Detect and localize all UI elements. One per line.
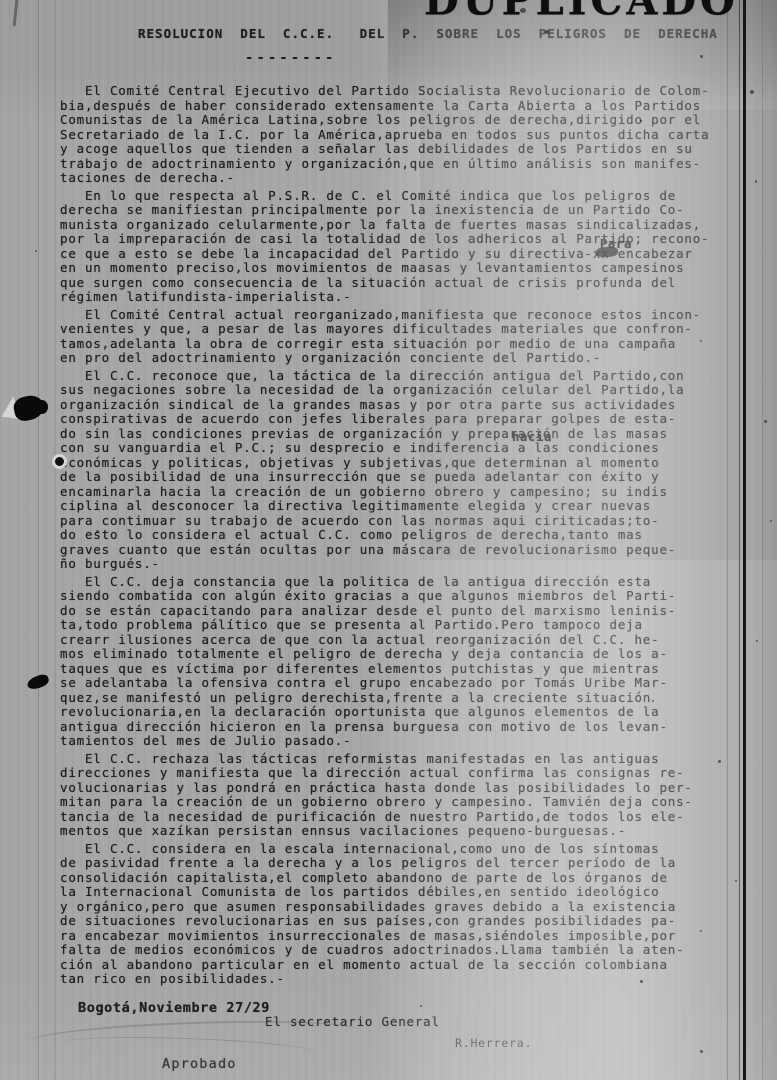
scan-streak-2 (762, 0, 763, 1080)
scan-speck (96, 530, 99, 533)
duplicado-stamp: DUPLICADO (424, 0, 739, 22)
title-separator-dashes: -------- (245, 50, 336, 66)
scan-speck (640, 120, 642, 122)
scan-speck (700, 55, 703, 58)
scan-speck (700, 930, 702, 932)
scan-speck (700, 340, 702, 342)
paragraph-6: El C.C. rechaza las tácticas reformistas… (60, 752, 766, 839)
paragraph-3: El Comité Central actual reorganizado,ma… (60, 308, 766, 366)
signature-name: R.Herrera. (455, 1036, 532, 1050)
scan-speck (545, 30, 549, 34)
scan-speck (770, 520, 772, 522)
paragraph-1: El Comité Central Ejecutivo del Partido … (60, 84, 766, 186)
scan-speck (35, 250, 37, 252)
scan-streak-3 (38, 0, 39, 1080)
scan-speck (420, 1005, 422, 1007)
scan-fold-line-main (743, 0, 746, 1080)
document-body: El Comité Central Ejecutivo del Partido … (60, 84, 766, 987)
scan-speck (735, 880, 737, 882)
scan-speck (652, 700, 654, 702)
paragraph-7: El C.C. considera en la escala internaci… (60, 842, 766, 987)
scan-speck (755, 180, 757, 183)
dateline: Bogotá,Noviembre 27/29 (78, 1000, 270, 1016)
scan-streak-4 (55, 0, 56, 1080)
paragraph-4: El C.C. reconoce que, la táctica de la d… (60, 369, 766, 572)
scanned-document-page: DUPLICADO RESOLUCION DEL C.C.E. DEL P. S… (0, 0, 777, 1080)
ink-blotch-large-b (36, 400, 48, 414)
corner-scan-mark (13, 0, 19, 26)
scan-speck (640, 980, 643, 983)
punch-hole-mark (52, 454, 67, 469)
scan-speck (750, 90, 754, 94)
scan-speck (718, 760, 721, 763)
scan-speck (756, 640, 758, 642)
document-title: RESOLUCION DEL C.C.E. DEL P. SOBRE LOS P… (138, 26, 718, 41)
overtyped-word-hacia: hacia (512, 430, 552, 444)
scan-speck (764, 420, 767, 423)
approval-note: Aprobado (162, 1056, 237, 1072)
paragraph-5: El C.C. deja constancia que la politica … (60, 575, 766, 749)
scan-speck (700, 1050, 703, 1053)
scan-streak-1 (727, 0, 728, 1080)
scan-fold-line-sub (739, 0, 740, 1080)
paragraph-2: En lo que respecta al P.S.R. de C. el Co… (60, 189, 766, 305)
scan-speck (80, 160, 82, 162)
